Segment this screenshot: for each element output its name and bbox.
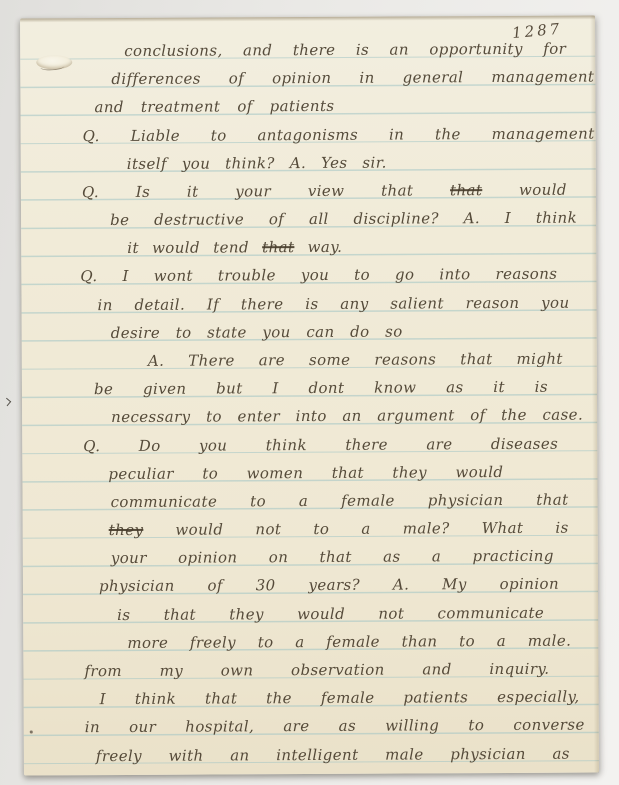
handwriting-line: itself you think? A. Yes sir. xyxy=(127,152,387,175)
handwriting-line: is that they would not communicate xyxy=(117,602,544,626)
handwriting-text: peculiar to women that they would xyxy=(108,463,503,483)
handwriting-text: Q. Do you think there are diseases xyxy=(83,434,558,454)
handwriting-line: I think that the female patients especia… xyxy=(100,687,580,712)
handwriting-line: freely with an intelligent male physicia… xyxy=(96,743,570,767)
handwriting-line: physician of 30 years? A. My opinion xyxy=(99,574,559,598)
scanned-document-background: 1287 conclusions, and there is an opport… xyxy=(0,0,619,785)
handwriting-line: be destructive of all discipline? A. I t… xyxy=(110,208,577,232)
handwriting-text: differences of opinion in general manage… xyxy=(111,68,594,89)
stray-ink-mark xyxy=(3,398,11,406)
handwriting-text: necessary to enter into an argument of t… xyxy=(111,406,583,426)
handwriting-text: be destructive of all discipline? A. I t… xyxy=(110,209,577,229)
handwriting-line: in our hospital, are as willing to conve… xyxy=(85,715,585,740)
handwriting-line: differences of opinion in general manage… xyxy=(111,67,594,92)
handwriting-line: desire to state you can do so xyxy=(111,321,403,345)
handwriting-text: conclusions, and there is an opportunity… xyxy=(124,40,566,60)
handwriting-line: necessary to enter into an argument of t… xyxy=(111,405,583,429)
handwriting-line: peculiar to women that they would xyxy=(108,462,503,486)
handwriting-text: physician of 30 years? A. My opinion xyxy=(99,575,559,595)
handwriting-text: would xyxy=(482,181,567,199)
handwriting-text: Q. I wont trouble you to go into reasons xyxy=(80,265,557,285)
handwriting-line: more freely to a female than to a male. xyxy=(127,630,571,654)
handwriting-text: would not to a male? What is xyxy=(143,519,568,539)
handwriting-text: A. There are some reasons that might xyxy=(148,350,563,370)
handwriting-text: Q. Liable to antagonisms in the manageme… xyxy=(83,124,595,145)
struck-word: that xyxy=(262,238,294,256)
handwriting-line: Q. Is it your view that that would xyxy=(82,180,567,205)
handwriting-line: Q. I wont trouble you to go into reasons xyxy=(80,264,557,288)
struck-word: that xyxy=(450,181,482,199)
handwriting-text: from my own observation and inquiry. xyxy=(84,660,549,680)
handwriting-line: be given but I dont know as it is xyxy=(94,377,548,401)
handwriting-line: conclusions, and there is an opportunity… xyxy=(124,39,566,63)
struck-word: they xyxy=(109,521,144,539)
handwriting-text: is that they would not communicate xyxy=(117,603,544,623)
handwriting-text: it would tend xyxy=(127,238,262,257)
handwriting-text: communicate to a female physician that xyxy=(111,491,569,511)
handwriting-text: more freely to a female than to a male. xyxy=(127,631,571,651)
handwriting-text: itself you think? A. Yes sir. xyxy=(127,153,387,172)
handwriting-line: your opinion on that as a practicing xyxy=(111,546,554,570)
margin-ink-dot xyxy=(30,730,33,733)
paper-blemish xyxy=(36,55,72,69)
handwriting-text: in our hospital, are as willing to conve… xyxy=(85,716,585,737)
handwriting-line: they would not to a male? What is xyxy=(109,518,569,542)
handwriting-line: in detail. If there is any salient reaso… xyxy=(97,292,569,316)
handwriting-line: Q. Liable to antagonisms in the manageme… xyxy=(83,123,595,148)
handwriting-text: Q. Is it your view that xyxy=(82,181,450,201)
handwriting-text: way. xyxy=(294,238,342,256)
handwriting-text: and treatment of patients xyxy=(94,97,334,116)
handwriting-text: in detail. If there is any salient reaso… xyxy=(97,293,569,313)
handwriting-line: A. There are some reasons that might xyxy=(148,349,563,373)
handwriting-line: communicate to a female physician that xyxy=(111,490,569,514)
handwriting-line: it would tend that way. xyxy=(127,237,342,260)
handwriting-line: Q. Do you think there are diseases xyxy=(83,433,558,457)
handwriting-text: your opinion on that as a practicing xyxy=(111,547,554,567)
handwriting-text: I think that the female patients especia… xyxy=(100,688,580,709)
handwriting-text: desire to state you can do so xyxy=(111,322,403,342)
handwriting-text: freely with an intelligent male physicia… xyxy=(96,744,570,764)
handwriting-line: from my own observation and inquiry. xyxy=(84,659,549,683)
handwriting-text: be given but I dont know as it is xyxy=(94,378,548,398)
handwriting-line: and treatment of patients xyxy=(94,96,334,119)
paper: 1287 conclusions, and there is an opport… xyxy=(20,15,599,775)
